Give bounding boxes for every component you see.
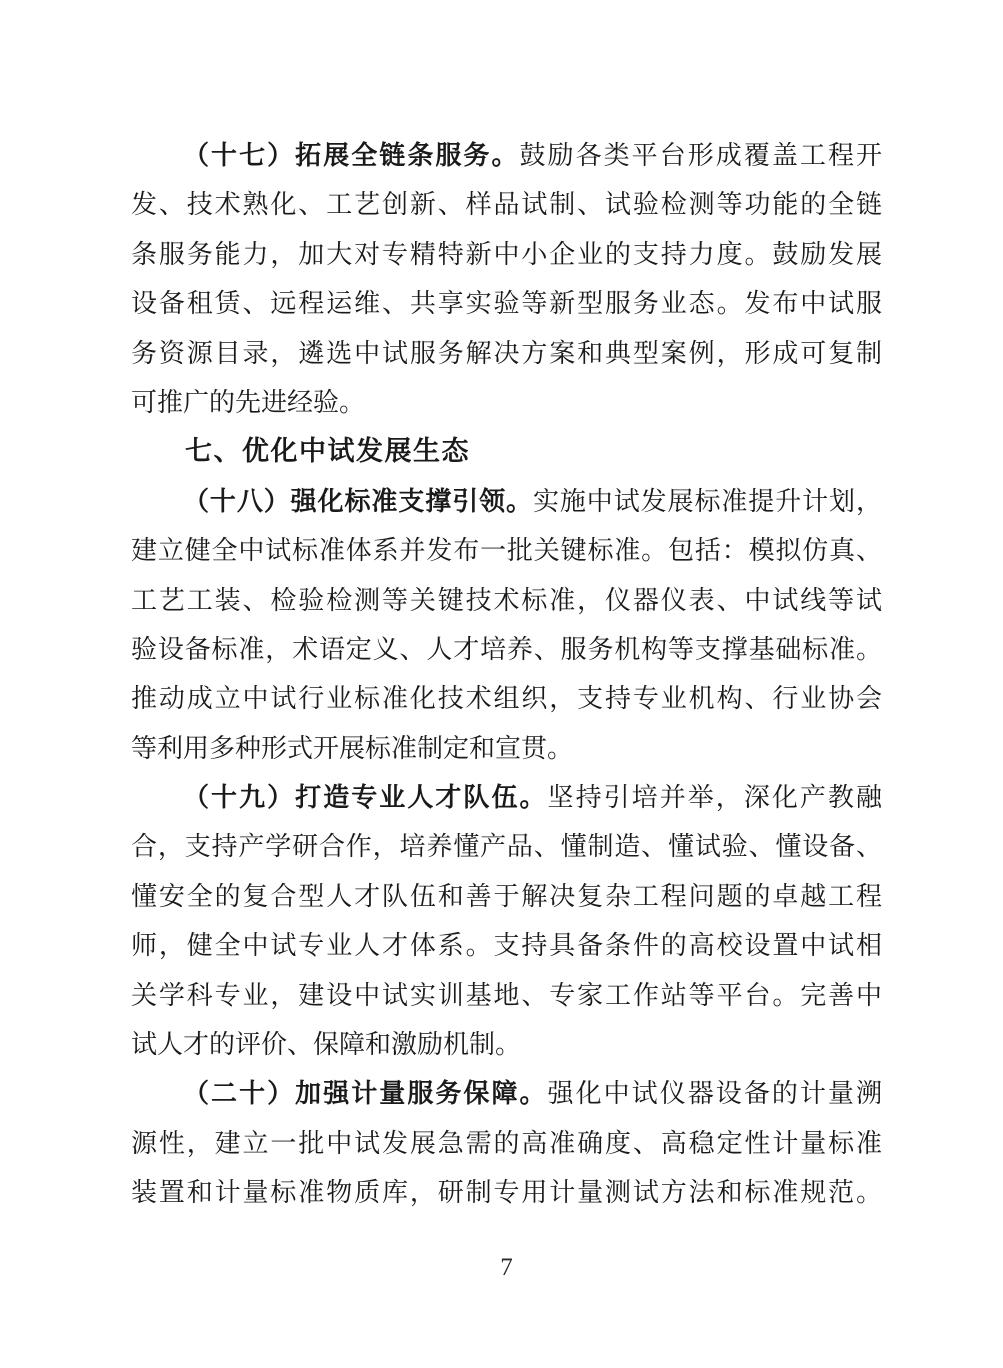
para-19-line-4: 师，健全中试专业人才体系。支持具备条件的高校设置中试相: [131, 921, 882, 970]
para-18-body-start: 实施中试发展标准提升计划，: [533, 487, 882, 516]
para-17-line-6: 可推广的先进经验。: [131, 378, 882, 427]
para-18-line-5: 推动成立中试行业标准化技术组织，支持专业机构、行业协会: [131, 674, 882, 723]
document-body: （十七）拓展全链条服务。鼓励各类平台形成覆盖工程开 发、技术熟化、工艺创新、样品…: [131, 131, 882, 1218]
para-17-line-1: （十七）拓展全链条服务。鼓励各类平台形成覆盖工程开: [131, 131, 882, 180]
para-18-lead: （十八）强化标准支撑引领。: [183, 487, 533, 516]
para-18-line-6: 等利用多种形式开展标准制定和宣贯。: [131, 724, 882, 773]
para-19-line-3: 懂安全的复合型人才队伍和善于解决复杂工程问题的卓越工程: [131, 872, 882, 921]
para-17-line-2: 发、技术熟化、工艺创新、样品试制、试验检测等功能的全链: [131, 180, 882, 229]
para-18-line-1: （十八）强化标准支撑引领。实施中试发展标准提升计划，: [131, 477, 882, 526]
para-19-lead: （十九）打造专业人才队伍。: [183, 783, 548, 812]
para-17-line-3: 条服务能力，加大对专精特新中小企业的支持力度。鼓励发展: [131, 230, 882, 279]
para-20-line-1: （二十）加强计量服务保障。强化中试仪器设备的计量溯: [131, 1069, 882, 1118]
para-19-line-6: 试人才的评价、保障和激励机制。: [131, 1020, 882, 1069]
para-17-line-4: 设备租赁、远程运维、共享实验等新型服务业态。发布中试服: [131, 279, 882, 328]
para-17-lead: （十七）拓展全链条服务。: [183, 141, 520, 170]
para-19-line-2: 合，支持产学研合作，培养懂产品、懂制造、懂试验、懂设备、: [131, 822, 882, 871]
para-19-line-5: 关学科专业，建设中试实训基地、专家工作站等平台。完善中: [131, 971, 882, 1020]
para-19-line-1: （十九）打造专业人才队伍。坚持引培并举，深化产教融: [131, 773, 882, 822]
para-18-line-3: 工艺工装、检验检测等关键技术标准，仪器仪表、中试线等试: [131, 576, 882, 625]
section-heading: 七、优化中试发展生态: [131, 427, 882, 476]
para-20-line-3: 装置和计量标准物质库，研制专用计量测试方法和标准规范。: [131, 1168, 882, 1217]
document-page: （十七）拓展全链条服务。鼓励各类平台形成覆盖工程开 发、技术熟化、工艺创新、样品…: [0, 0, 1003, 1368]
para-18-line-4: 验设备标准，术语定义、人才培养、服务机构等支撑基础标准。: [131, 625, 882, 674]
para-17-body-start: 鼓励各类平台形成覆盖工程开: [520, 141, 883, 170]
para-18-line-2: 建立健全中试标准体系并发布一批关键标准。包括：模拟仿真、: [131, 526, 882, 575]
page-number: 7: [131, 1254, 882, 1282]
para-20-lead: （二十）加强计量服务保障。: [183, 1079, 548, 1108]
para-20-line-2: 源性，建立一批中试发展急需的高准确度、高稳定性计量标准: [131, 1119, 882, 1168]
para-19-body-start: 坚持引培并举，深化产教融: [548, 783, 882, 812]
para-17-line-5: 务资源目录，遴选中试服务解决方案和典型案例，形成可复制: [131, 329, 882, 378]
para-20-body-start: 强化中试仪器设备的计量溯: [548, 1079, 882, 1108]
